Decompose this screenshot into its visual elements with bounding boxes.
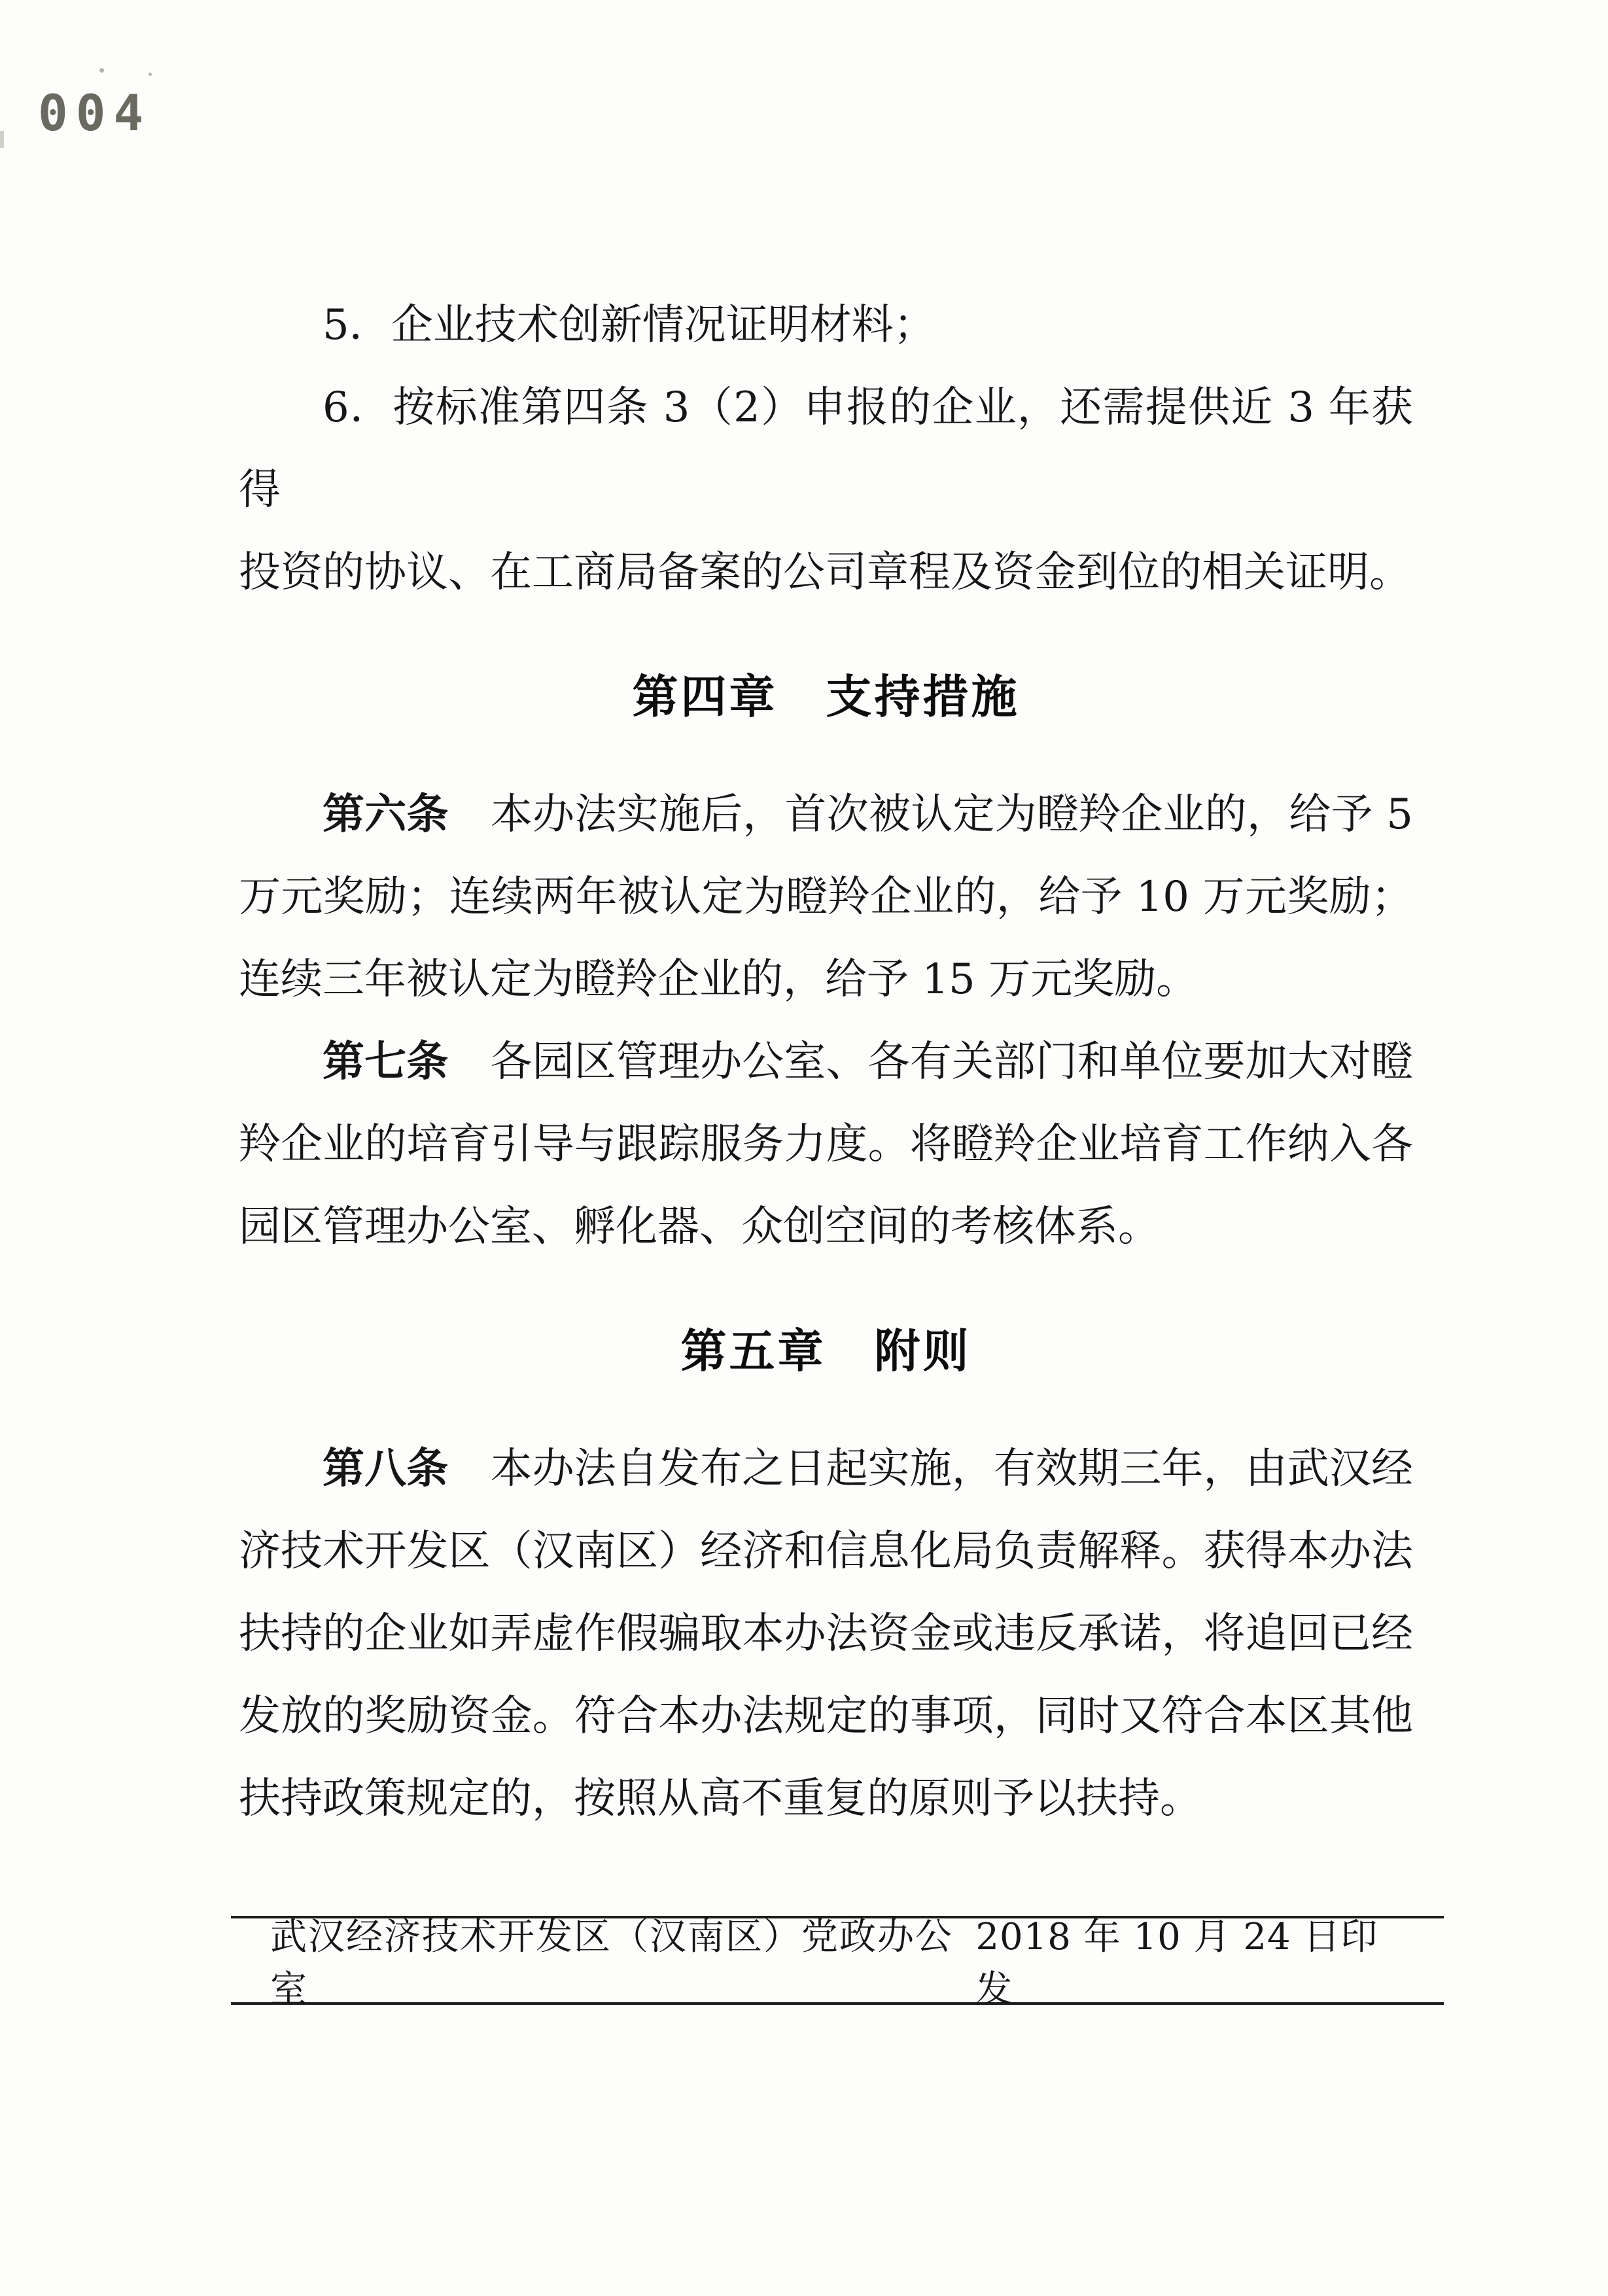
text-line: 万元奖励；连续两年被认定为瞪羚企业的，给予 10 万元奖励； bbox=[239, 856, 1413, 938]
scan-speck bbox=[99, 68, 104, 73]
text-segment: 连续三年被认定为瞪羚企业的，给予 15 万元奖励。 bbox=[239, 955, 1198, 1004]
text-segment: 扶持政策规定的，按照从高不重复的原则予以扶持。 bbox=[239, 1775, 1202, 1823]
text-line: 第七条 各园区管理办公室、各有关部门和单位要加大对瞪 bbox=[239, 1021, 1413, 1103]
text-segment: 发放的奖励资金。符合本办法规定的事项，同时又符合本区其他 bbox=[239, 1692, 1413, 1740]
text-segment: 本办法实施后，首次被认定为瞪羚企业的，给予 5 bbox=[449, 790, 1413, 839]
text-segment: 6．按标准第四条 3（2）申报的企业，还需提供近 3 年获得 bbox=[239, 383, 1413, 514]
text-segment: 投资的协议、在工商局备案的公司章程及资金到位的相关证明。 bbox=[239, 548, 1411, 597]
text-line: 投资的协议、在工商局备案的公司章程及资金到位的相关证明。 bbox=[239, 531, 1413, 614]
article-number: 第六条 bbox=[323, 790, 449, 839]
chapter-heading: 第四章 支持措施 bbox=[239, 656, 1413, 738]
scan-speck bbox=[149, 73, 152, 76]
document-body: 5．企业技术创新情况证明材料；6．按标准第四条 3（2）申报的企业，还需提供近 … bbox=[239, 284, 1413, 1840]
page-number: 004 bbox=[38, 84, 151, 142]
chapter-heading: 第五章 附则 bbox=[239, 1310, 1413, 1392]
text-segment: 园区管理办公室、孵化器、众创空间的考核体系。 bbox=[239, 1203, 1160, 1251]
text-segment: 本办法自发布之日起实施，有效期三年，由武汉经 bbox=[448, 1445, 1413, 1493]
text-line: 6．按标准第四条 3（2）申报的企业，还需提供近 3 年获得 bbox=[239, 366, 1413, 531]
footer-imprint-block: 武汉经济技术开发区（汉南区）党政办公室 2018 年 10 月 24 日印发 bbox=[231, 1916, 1444, 2005]
text-line: 5．企业技术创新情况证明材料； bbox=[239, 284, 1413, 366]
text-segment: 万元奖励；连续两年被认定为瞪羚企业的，给予 10 万元奖励； bbox=[239, 873, 1413, 921]
text-line: 第六条 本办法实施后，首次被认定为瞪羚企业的，给予 5 bbox=[239, 773, 1413, 856]
scanned-document-page: 004 5．企业技术创新情况证明材料；6．按标准第四条 3（2）申报的企业，还需… bbox=[0, 0, 1608, 2296]
text-segment: 第四章 支持措施 bbox=[633, 670, 1020, 724]
article-number: 第八条 bbox=[323, 1445, 448, 1493]
text-line: 发放的奖励资金。符合本办法规定的事项，同时又符合本区其他 bbox=[239, 1675, 1413, 1757]
text-segment: 各园区管理办公室、各有关部门和单位要加大对瞪 bbox=[448, 1038, 1413, 1086]
text-segment: 羚企业的培育引导与跟踪服务力度。将瞪羚企业培育工作纳入各 bbox=[239, 1120, 1413, 1169]
text-segment: 5．企业技术创新情况证明材料； bbox=[323, 301, 935, 349]
text-segment: 第五章 附则 bbox=[681, 1324, 971, 1378]
footer-issuing-office: 武汉经济技术开发区（汉南区）党政办公室 bbox=[270, 1908, 975, 2013]
article-number: 第七条 bbox=[323, 1038, 448, 1086]
text-line: 羚企业的培育引导与跟踪服务力度。将瞪羚企业培育工作纳入各 bbox=[239, 1103, 1413, 1186]
text-line: 扶持的企业如弄虚作假骗取本办法资金或违反承诺，将追回已经 bbox=[239, 1593, 1413, 1675]
footer-print-date: 2018 年 10 月 24 日印发 bbox=[975, 1908, 1406, 2013]
text-segment: 济技术开发区（汉南区）经济和信息化局负责解释。获得本办法 bbox=[239, 1527, 1413, 1576]
scan-edge-mark bbox=[0, 131, 4, 148]
text-line: 连续三年被认定为瞪羚企业的，给予 15 万元奖励。 bbox=[239, 938, 1413, 1021]
text-segment: 扶持的企业如弄虚作假骗取本办法资金或违反承诺，将追回已经 bbox=[239, 1610, 1413, 1658]
text-line: 扶持政策规定的，按照从高不重复的原则予以扶持。 bbox=[239, 1757, 1413, 1840]
text-line: 济技术开发区（汉南区）经济和信息化局负责解释。获得本办法 bbox=[239, 1510, 1413, 1593]
text-line: 第八条 本办法自发布之日起实施，有效期三年，由武汉经 bbox=[239, 1428, 1413, 1510]
text-line: 园区管理办公室、孵化器、众创空间的考核体系。 bbox=[239, 1186, 1413, 1268]
